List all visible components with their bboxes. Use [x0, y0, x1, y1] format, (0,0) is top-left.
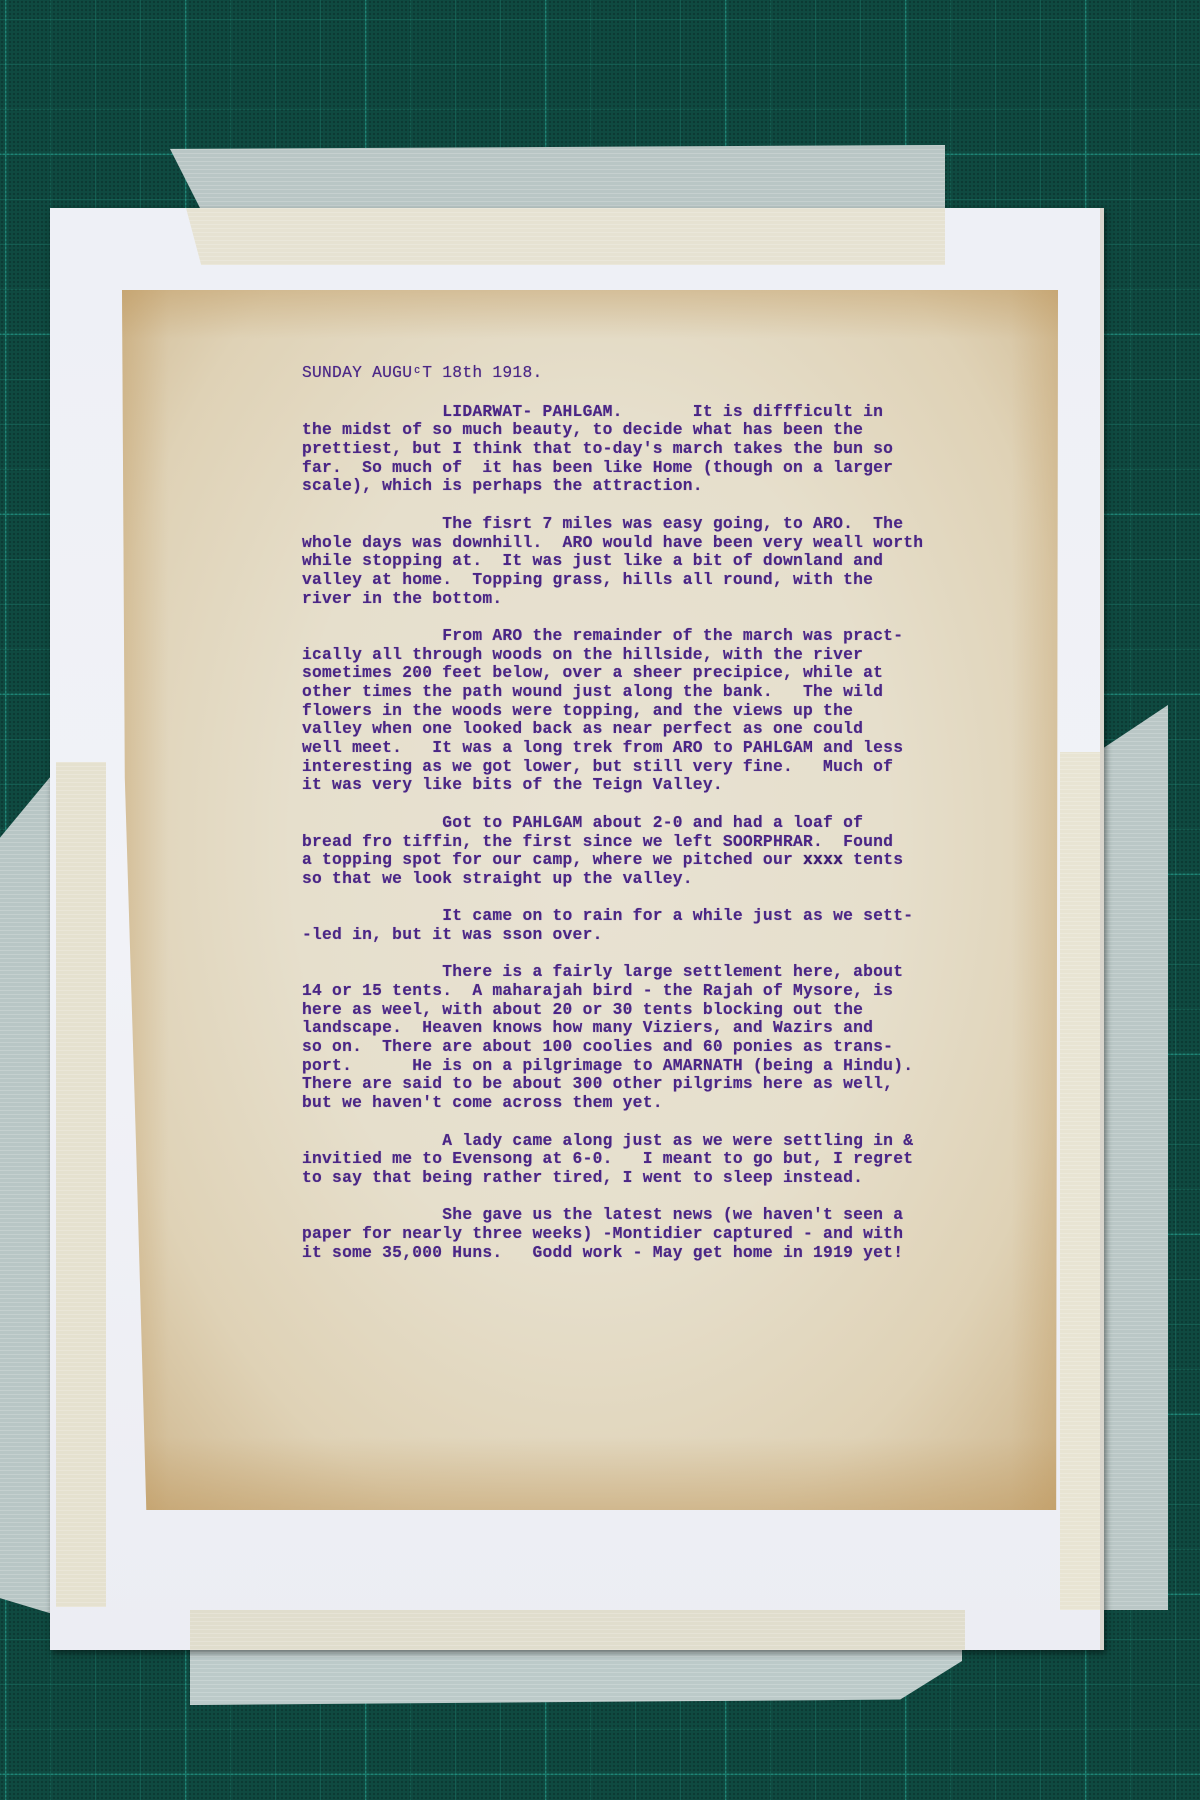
text-line: There is a fairly large settlement here,…: [302, 963, 1022, 982]
text-line: other times the path wound just along th…: [302, 683, 1022, 702]
paragraph: It came on to rain for a while just as w…: [302, 907, 1022, 944]
text-line: river in the bottom.: [302, 590, 1022, 609]
text-line: invitied me to Evensong at 6-0. I meant …: [302, 1150, 1022, 1169]
text-line: paper for nearly three weeks) -Montidier…: [302, 1225, 1022, 1244]
text-line: far. So much of it has been like Home (t…: [302, 459, 1022, 478]
diary-paragraphs: LIDARWAT- PAHLGAM. It is diffficult inth…: [302, 403, 1022, 1263]
text-line: -led in, but it was sson over.: [302, 926, 1022, 945]
date-heading: SUNDAY AUGUᶜT 18th 1918.: [302, 364, 1022, 383]
text-line: scale), which is perhaps the attraction.: [302, 477, 1022, 496]
masking-tape-right-on-board: [1060, 752, 1100, 1610]
struck-out-word: xxxx: [803, 850, 843, 869]
paragraph: There is a fairly large settlement here,…: [302, 963, 1022, 1113]
text-line: port. He is on a pilgrimage to AMARNATH …: [302, 1057, 1022, 1076]
text-line: so that we look straight up the valley.: [302, 870, 1022, 889]
text-line: it some 35,000 Huns. Godd work - May get…: [302, 1244, 1022, 1263]
masking-tape-top: [170, 145, 945, 210]
text-line: The fisrt 7 miles was easy going, to ARO…: [302, 515, 1022, 534]
text-line: sometimes 200 feet below, over a sheer p…: [302, 664, 1022, 683]
masking-tape-bottom: [190, 1650, 962, 1705]
text-line: landscape. Heaven knows how many Viziers…: [302, 1019, 1022, 1038]
text-line: ically all through woods on the hillside…: [302, 646, 1022, 665]
text-line: the midst of so much beauty, to decide w…: [302, 421, 1022, 440]
diary-text: SUNDAY AUGUᶜT 18th 1918. LIDARWAT- PAHLG…: [302, 364, 1022, 1281]
text-line: whole days was downhill. ARO would have …: [302, 534, 1022, 553]
text-line: It came on to rain for a while just as w…: [302, 907, 1022, 926]
text-line: Got to PAHLGAM about 2-0 and had a loaf …: [302, 814, 1022, 833]
masking-tape-left: [0, 770, 56, 1615]
text-line: a topping spot for our camp, where we pi…: [302, 851, 1022, 870]
text-line: valley when one looked back as near perf…: [302, 720, 1022, 739]
text-line: From ARO the remainder of the march was …: [302, 627, 1022, 646]
paragraph: She gave us the latest news (we haven't …: [302, 1206, 1022, 1262]
paragraph: The fisrt 7 miles was easy going, to ARO…: [302, 515, 1022, 608]
text-line: while stopping at. It was just like a bi…: [302, 552, 1022, 571]
text-line: prettiest, but I think that to-day's mar…: [302, 440, 1022, 459]
text-line: interesting as we got lower, but still v…: [302, 758, 1022, 777]
masking-tape-right: [1100, 705, 1168, 1610]
text-line: to say that being rather tired, I went t…: [302, 1169, 1022, 1188]
text-line: There are said to be about 300 other pil…: [302, 1075, 1022, 1094]
text-line: She gave us the latest news (we haven't …: [302, 1206, 1022, 1225]
text-line: valley at home. Topping grass, hills all…: [302, 571, 1022, 590]
text-line: LIDARWAT- PAHLGAM. It is diffficult in: [302, 403, 1022, 422]
paragraph: LIDARWAT- PAHLGAM. It is diffficult inth…: [302, 403, 1022, 496]
text-line: flowers in the woods were topping, and t…: [302, 702, 1022, 721]
text-line: 14 or 15 tents. A maharajah bird - the R…: [302, 982, 1022, 1001]
text-line: well meet. It was a long trek from ARO t…: [302, 739, 1022, 758]
text-line: A lady came along just as we were settli…: [302, 1132, 1022, 1151]
paragraph: Got to PAHLGAM about 2-0 and had a loaf …: [302, 814, 1022, 889]
masking-tape-bottom-on-board: [190, 1610, 965, 1650]
text-line: here as weel, with about 20 or 30 tents …: [302, 1001, 1022, 1020]
masking-tape-left-on-board: [56, 762, 106, 1607]
text-line: but we haven't come across them yet.: [302, 1094, 1022, 1113]
masking-tape-top-on-board: [186, 208, 945, 265]
text-line: so on. There are about 100 coolies and 6…: [302, 1038, 1022, 1057]
text-line: it was very like bits of the Teign Valle…: [302, 776, 1022, 795]
paragraph: A lady came along just as we were settli…: [302, 1132, 1022, 1188]
paragraph: From ARO the remainder of the march was …: [302, 627, 1022, 795]
text-line: bread fro tiffin, the first since we lef…: [302, 833, 1022, 852]
